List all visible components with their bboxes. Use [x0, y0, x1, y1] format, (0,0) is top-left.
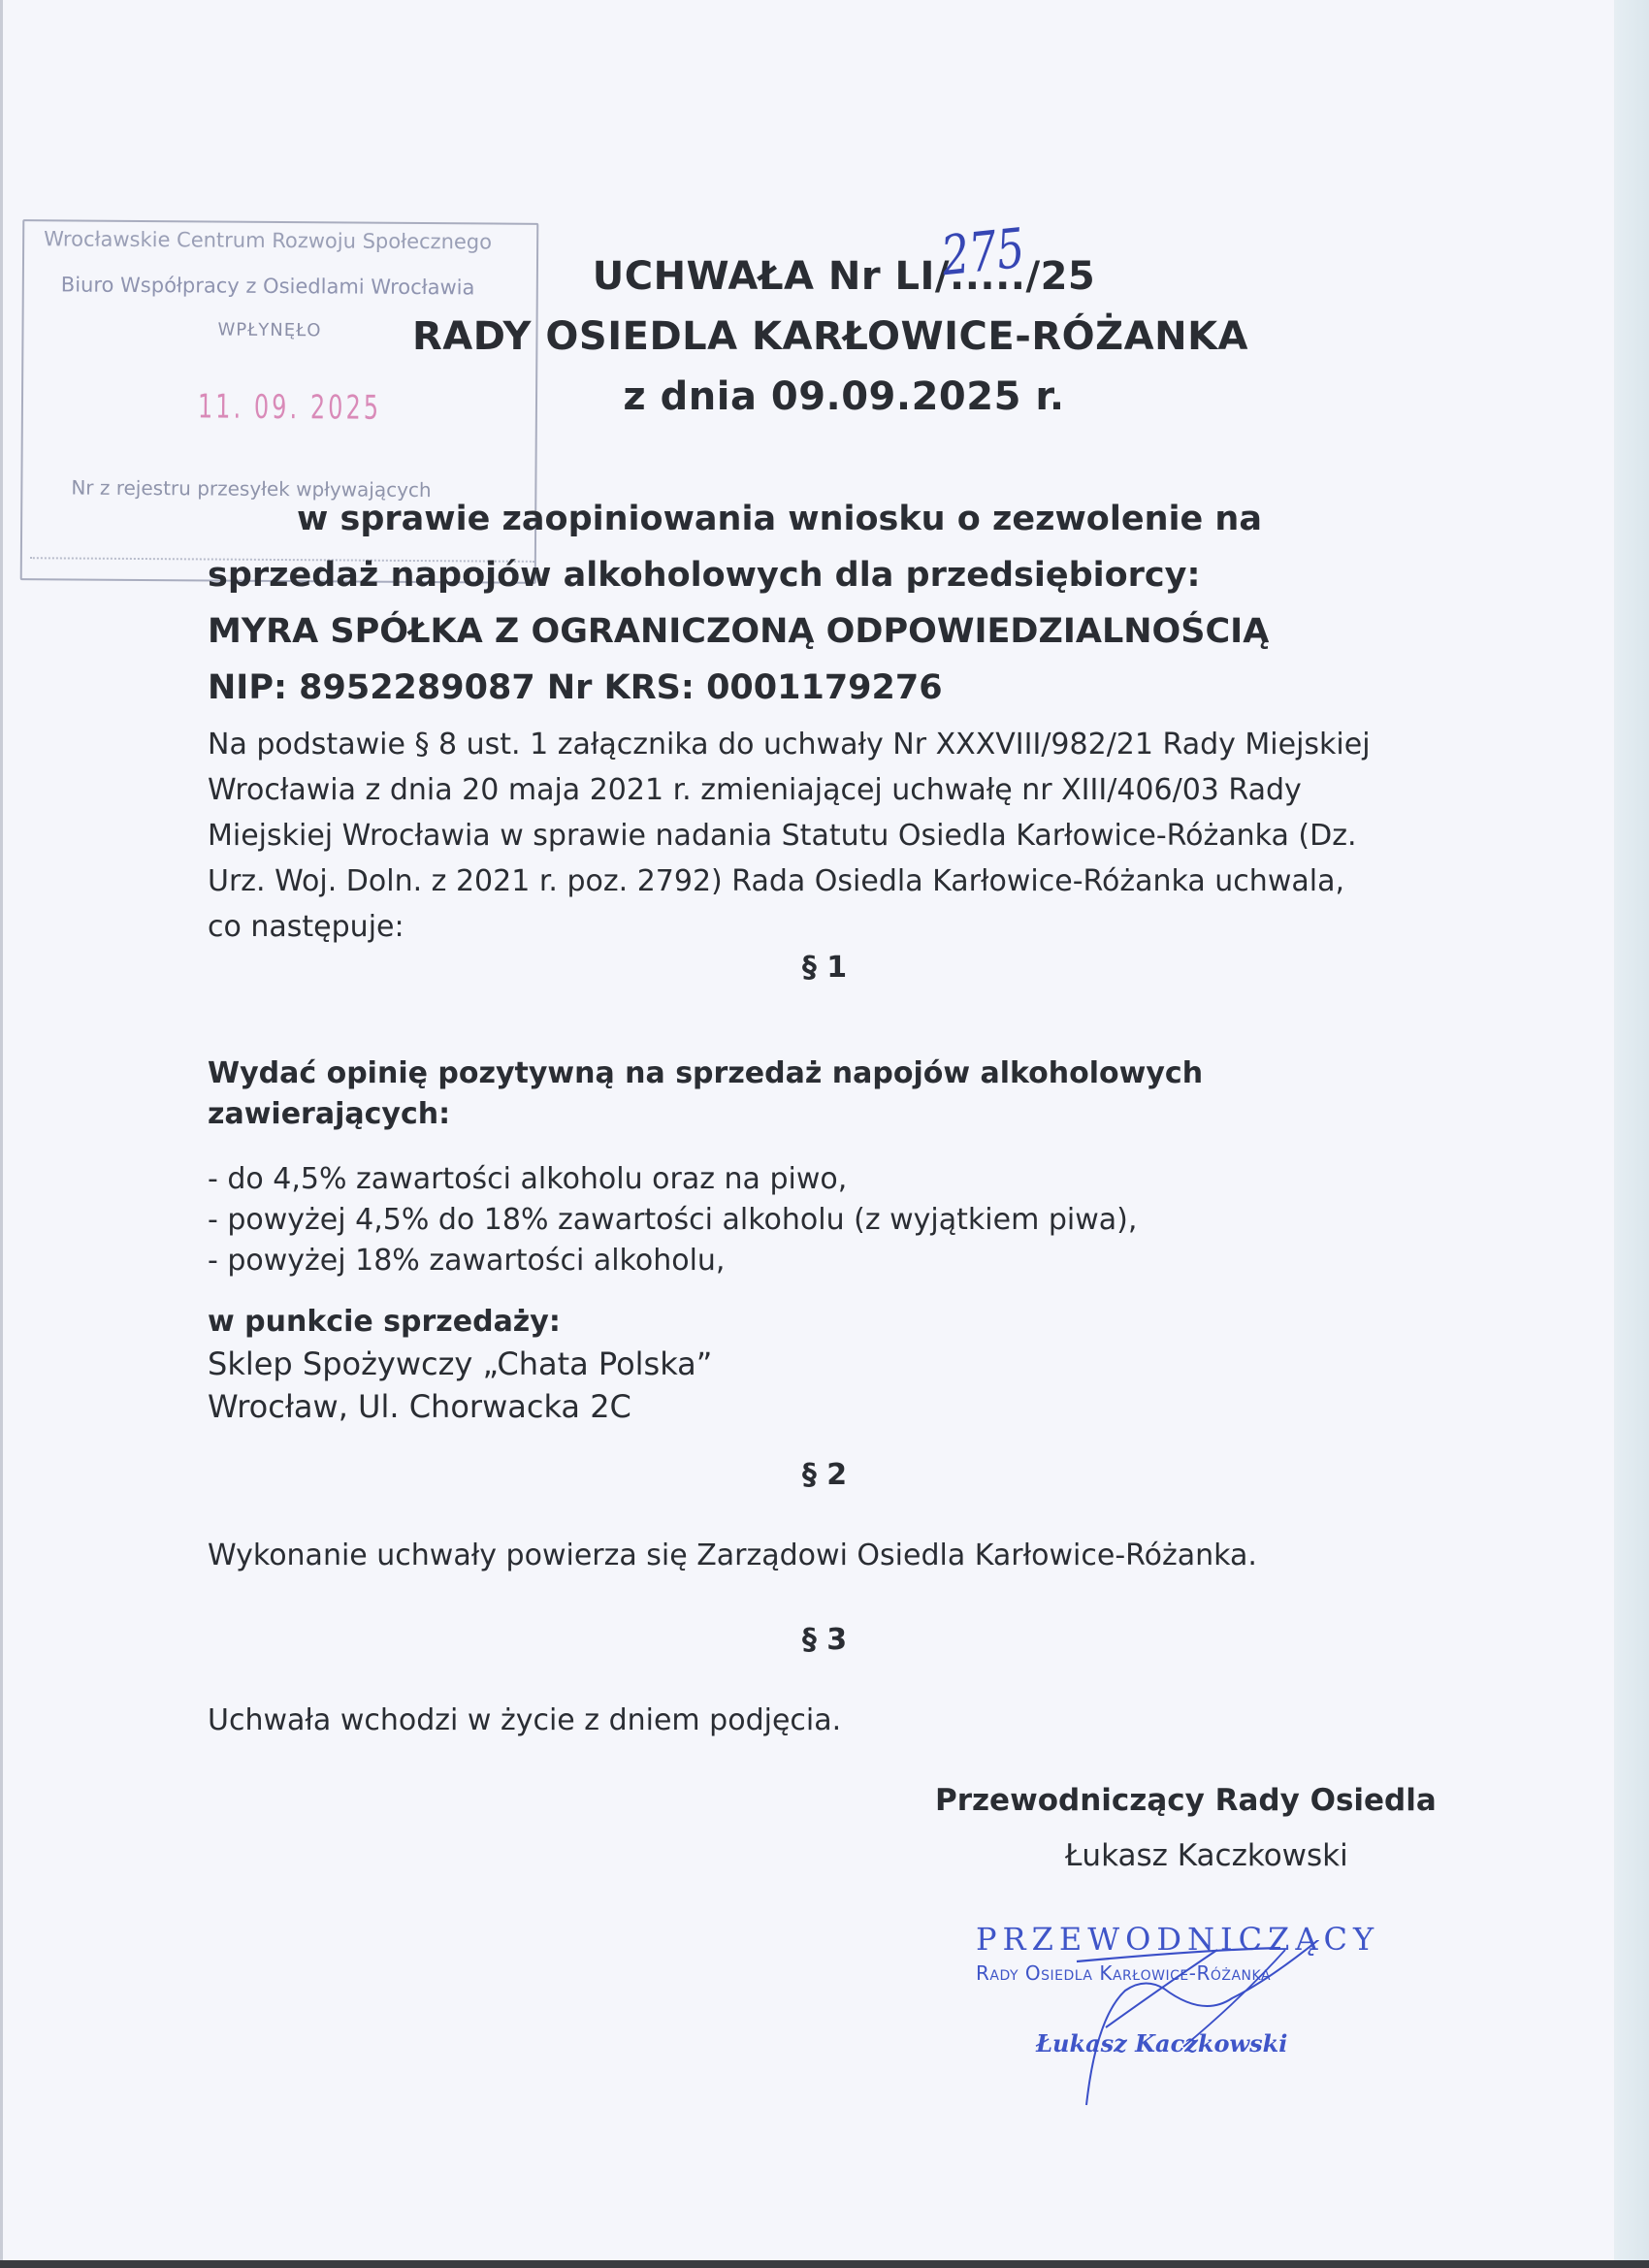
legal-basis-line: Urz. Woj. Doln. z 2021 r. poz. 2792) Rad… — [208, 859, 1469, 904]
legal-basis-line: Miejskiej Wrocławia w sprawie nadania St… — [208, 813, 1469, 859]
resolution-subject: w sprawie zaopiniowania wniosku o zezwol… — [208, 491, 1469, 716]
list-item: - powyżej 18% zawartości alkoholu, — [208, 1241, 1137, 1281]
shop-address: Wrocław, Ul. Chorwacka 2C — [208, 1385, 712, 1428]
company-ids: NIP: 8952289087 Nr KRS: 0001179276 — [208, 660, 1469, 716]
section-1-decision: Wydać opinię pozytywną na sprzedaż napoj… — [208, 1053, 1372, 1135]
legal-basis-line: Wrocławia z dnia 20 maja 2021 r. zmienia… — [208, 767, 1469, 813]
section-2-text: Wykonanie uchwały powierza się Zarządowi… — [208, 1539, 1257, 1572]
decision-line-2: zawierających: — [208, 1094, 1372, 1135]
subject-line-2: sprzedaż napojów alkoholowych dla przeds… — [208, 547, 1469, 603]
resolution-date: z dnia 09.09.2025 r. — [0, 374, 1649, 419]
handwritten-signature-icon — [1067, 1940, 1319, 2115]
list-item: - powyżej 4,5% do 18% zawartości alkohol… — [208, 1200, 1137, 1241]
section-2-heading: § 2 — [0, 1458, 1649, 1492]
stamp-organization: Wrocławskie Centrum Rozwoju Społecznego — [44, 227, 492, 253]
signer-title: Przewodniczący Rady Osiedla — [935, 1783, 1437, 1818]
section-3-text: Uchwała wchodzi w życie z dniem podjęcia… — [208, 1703, 841, 1737]
sale-point: Sklep Spożywczy „Chata Polska” Wrocław, … — [208, 1343, 712, 1428]
signer-name: Łukasz Kaczkowski — [1065, 1838, 1348, 1873]
decision-line-1: Wydać opinię pozytywną na sprzedaż napoj… — [208, 1053, 1372, 1094]
legal-basis-line: co następuje: — [208, 904, 1469, 950]
subject-line-1: w sprawie zaopiniowania wniosku o zezwol… — [208, 491, 1469, 547]
sale-point-label: w punkcie sprzedaży: — [208, 1305, 561, 1339]
council-name: RADY OSIEDLA KARŁOWICE-RÓŻANKA — [0, 314, 1649, 359]
section-1-heading: § 1 — [0, 951, 1649, 985]
resolution-title: UCHWAŁA Nr LI/...../25 — [0, 254, 1649, 299]
legal-basis-line: Na podstawie § 8 ust. 1 załącznika do uc… — [208, 722, 1469, 767]
handwritten-number: 275 — [939, 217, 1028, 289]
section-3-heading: § 3 — [0, 1623, 1649, 1657]
list-item: - do 4,5% zawartości alkoholu oraz na pi… — [208, 1159, 1137, 1200]
scan-bottom-edge — [0, 2260, 1649, 2268]
company-name: MYRA SPÓŁKA Z OGRANICZONĄ ODPOWIEDZIALNO… — [208, 603, 1469, 660]
legal-basis: Na podstawie § 8 ust. 1 załącznika do uc… — [208, 722, 1469, 950]
alcohol-categories-list: - do 4,5% zawartości alkoholu oraz na pi… — [208, 1159, 1137, 1281]
shop-name: Sklep Spożywczy „Chata Polska” — [208, 1343, 712, 1385]
